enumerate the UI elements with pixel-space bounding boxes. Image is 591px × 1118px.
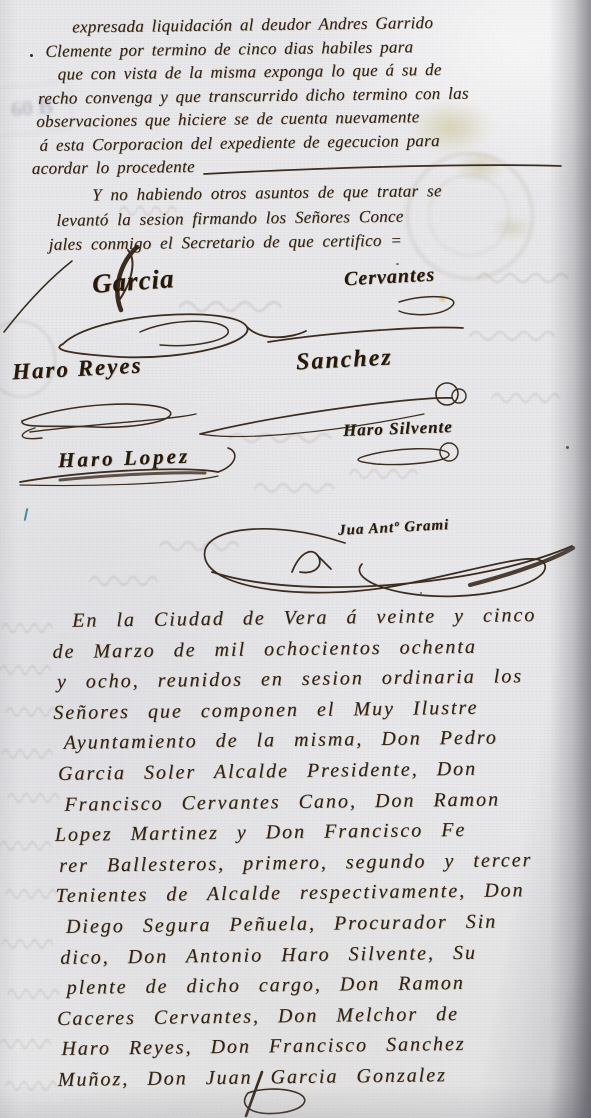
manuscript-line: jales conmigo el Secretario de que certi… [49, 227, 569, 258]
manuscript-line: Tenientes de Alcalde respectivamente, Do… [55, 875, 585, 912]
paragraph-closing: Y no habiendo otros asuntos de que trata… [48, 178, 569, 258]
signature-secretary: Jua Antº Grami [338, 517, 450, 540]
signature-haro-lopez: Haro Lopez [58, 444, 191, 474]
signature-sanchez: Sanchez [295, 344, 393, 376]
manuscript-line: En la Ciudad de Vera á veinte y cinco [72, 600, 582, 637]
signature-haro-reyes: Haro Reyes [11, 353, 143, 386]
manuscript-page: 60 B expresada liquidación al deudor And… [0, 0, 591, 1118]
signature-haro-silvente: Haro Silvente [343, 417, 453, 441]
manuscript-line: y ocho, reunidos en sesion ordinaria los [57, 661, 583, 698]
ink-speck [566, 446, 569, 449]
paragraph-session-entry: En la Ciudad de Vera á veinte y cincode … [52, 600, 588, 1096]
signature-garcia: Garcia [91, 263, 175, 300]
yellow-speck [438, 294, 447, 303]
ink-speck [420, 592, 422, 594]
manuscript-line: Muñoz, Don Juan Garcia Gonzalez [58, 1058, 588, 1095]
paragraph-resolution: expresada liquidación al deudor Andres G… [30, 9, 580, 180]
blue-ink-mark [24, 508, 29, 521]
signature-cervantes: Cervantes [343, 264, 435, 292]
